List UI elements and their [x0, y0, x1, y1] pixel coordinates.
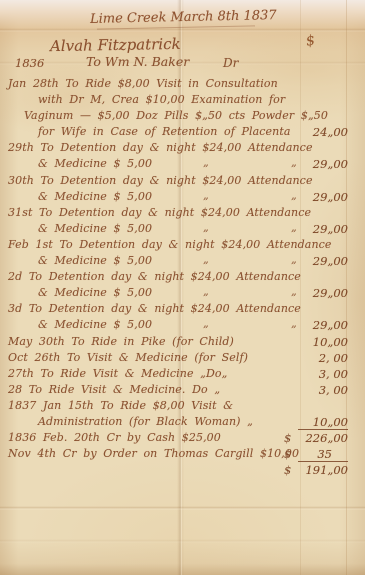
ledger-row: 28 To Ride Visit & Medicine. Do „3, 00	[0, 382, 365, 398]
ledger-row: Nov 4th Cr by Order on Thomas Cargill $1…	[0, 446, 365, 462]
entry-text: Administration (for Black Woman) „	[38, 415, 253, 428]
amount-value: 35	[298, 447, 348, 462]
ledger-row: with Dr M, Crea $10,00 Examination for	[0, 92, 365, 108]
ledger-row: 29th To Detention day & night $24,00 Att…	[0, 140, 365, 156]
ditto-mark: „	[291, 156, 297, 169]
currency-prefix: $	[284, 447, 291, 461]
account-holder-name: Alvah Fitzpatrick	[50, 35, 181, 55]
amount-value: 3, 00	[298, 367, 348, 381]
currency-prefix: $	[284, 431, 291, 445]
account-year: 1836	[15, 56, 44, 70]
amount-value: 2, 00	[298, 351, 348, 365]
amount-value: 24„00	[298, 125, 348, 139]
ditto-mark: „	[203, 317, 209, 330]
ledger-row: Administration (for Black Woman) „10„00	[0, 414, 365, 430]
amount-value: 3, 00	[298, 383, 348, 397]
dollar-sign-mark: $	[305, 32, 317, 49]
entry-text: & Medicine $ 5,00	[38, 318, 152, 331]
ditto-mark: „	[291, 253, 297, 266]
amount-value: 29„00	[298, 190, 348, 204]
entry-text: & Medicine $ 5,00	[38, 222, 152, 235]
entry-text: 1837 Jan 15th To Ride $8,00 Visit &	[8, 399, 233, 412]
ditto-mark: „	[203, 253, 209, 266]
entry-text: 3d To Detention day & night $24,00 Atten…	[8, 302, 301, 315]
debtor-to-line: To Wm N. Baker	[86, 54, 189, 69]
ditto-mark: „	[203, 285, 209, 298]
debit-abbreviation: Dr	[223, 56, 238, 70]
entry-text: Feb 1st To Detention day & night $24,00 …	[8, 238, 332, 251]
ditto-mark: „	[291, 189, 297, 202]
entry-text: & Medicine $ 5,00	[38, 157, 152, 170]
entry-text: with Dr M, Crea $10,00 Examination for	[38, 93, 285, 106]
ditto-mark: „	[203, 221, 209, 234]
ledger-row: & Medicine $ 5,00„„29„00	[0, 221, 365, 237]
ledger-row: Oct 26th To Visit & Medicine (for Self)2…	[0, 350, 365, 366]
entry-text: 30th To Detention day & night $24,00 Att…	[8, 174, 313, 187]
document-page: Lime Creek March 8th 1837 Alvah Fitzpatr…	[0, 0, 365, 575]
ditto-mark: „	[203, 156, 209, 169]
ledger-row: 1836 Feb. 20th Cr by Cash $25,00$226„00	[0, 430, 365, 446]
horizontal-fold-crease-bottom	[0, 506, 365, 510]
entry-text: Jan 28th To Ride $8,00 Visit in Consulta…	[8, 77, 278, 90]
place-date-line: Lime Creek March 8th 1837	[90, 8, 277, 27]
ledger-row: $191„00	[0, 462, 365, 478]
ledger-row: & Medicine $ 5,00„„29„00	[0, 189, 365, 205]
amount-value: 29„00	[298, 286, 348, 300]
ledger-row: & Medicine $ 5,00„„29„00	[0, 156, 365, 172]
ledger-row: 2d To Detention day & night $24,00 Atten…	[0, 269, 365, 285]
ledger-row: May 30th To Ride in Pike (for Child)10„0…	[0, 334, 365, 350]
ledger-row: 27th To Ride Visit & Medicine „Do„3, 00	[0, 366, 365, 382]
ledger-row: for Wife in Case of Retention of Placent…	[0, 124, 365, 140]
horizontal-fold-crease-top	[0, 28, 365, 32]
horizontal-fold-crease-lower-faint	[0, 539, 365, 543]
ledger-row: & Medicine $ 5,00„„29„00	[0, 317, 365, 333]
entry-text: May 30th To Ride in Pike (for Child)	[8, 335, 234, 348]
entry-text: 29th To Detention day & night $24,00 Att…	[8, 141, 313, 154]
entry-text: 27th To Ride Visit & Medicine „Do„	[8, 367, 227, 380]
ditto-mark: „	[291, 285, 297, 298]
currency-prefix: $	[284, 463, 291, 477]
ledger-row: & Medicine $ 5,00„„29„00	[0, 285, 365, 301]
ledger-row: 30th To Detention day & night $24,00 Att…	[0, 173, 365, 189]
ledger-row: Feb 1st To Detention day & night $24,00 …	[0, 237, 365, 253]
entry-text: Vaginum — $5,00 Doz Pills $„50 cts Powde…	[24, 109, 328, 122]
ledger-row: 3d To Detention day & night $24,00 Atten…	[0, 301, 365, 317]
ledger-row: & Medicine $ 5,00„„29„00	[0, 253, 365, 269]
entry-text: & Medicine $ 5,00	[38, 190, 152, 203]
ditto-mark: „	[291, 317, 297, 330]
entry-text: 1836 Feb. 20th Cr by Cash $25,00	[8, 431, 221, 444]
amount-value: 29„00	[298, 157, 348, 171]
ledger-row: Jan 28th To Ride $8,00 Visit in Consulta…	[0, 76, 365, 92]
ledger-rows: Jan 28th To Ride $8,00 Visit in Consulta…	[0, 76, 365, 478]
entry-text: 31st To Detention day & night $24,00 Att…	[8, 206, 311, 219]
ledger-row: 31st To Detention day & night $24,00 Att…	[0, 205, 365, 221]
entry-text: 28 To Ride Visit & Medicine. Do „	[8, 383, 220, 396]
entry-text: & Medicine $ 5,00	[38, 286, 152, 299]
ditto-mark: „	[291, 221, 297, 234]
amount-value: 10„00	[298, 415, 348, 430]
entry-text: for Wife in Case of Retention of Placent…	[38, 125, 291, 138]
ledger-row: 1837 Jan 15th To Ride $8,00 Visit &	[0, 398, 365, 414]
entry-text: 2d To Detention day & night $24,00 Atten…	[8, 270, 301, 283]
entry-text: Oct 26th To Visit & Medicine (for Self)	[8, 351, 248, 364]
amount-value: 29„00	[298, 254, 348, 268]
entry-text: Nov 4th Cr by Order on Thomas Cargill $1…	[8, 447, 299, 460]
entry-text: & Medicine $ 5,00	[38, 254, 152, 267]
amount-value: 29„00	[298, 222, 348, 236]
ditto-mark: „	[203, 189, 209, 202]
amount-value: 226„00	[298, 431, 348, 445]
amount-value: 191„00	[298, 463, 348, 477]
amount-value: 29„00	[298, 318, 348, 332]
ledger-row: Vaginum — $5,00 Doz Pills $„50 cts Powde…	[0, 108, 365, 124]
amount-value: 10„00	[298, 335, 348, 349]
